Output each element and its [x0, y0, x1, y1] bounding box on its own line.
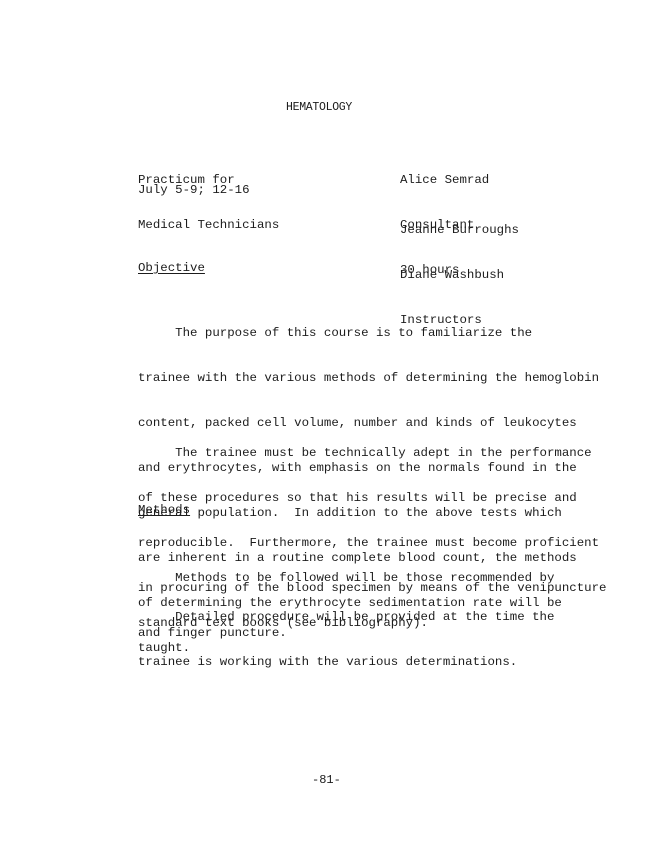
objective-heading: Objective — [138, 261, 205, 276]
consultant-name: Alice Semrad — [400, 173, 489, 188]
course-dates: July 5-9; 12-16 — [138, 183, 250, 198]
text-line: Detailed procedure will be provided at t… — [138, 610, 538, 625]
document-title: HEMATOLOGY — [286, 100, 352, 115]
text-line: The trainee must be technically adept in… — [138, 446, 538, 461]
text-line: trainee with the various methods of dete… — [138, 371, 538, 386]
course-name: Practicum for Medical Technicians — [138, 143, 279, 263]
text-line: of these procedures so that his results … — [138, 491, 538, 506]
text-line: The purpose of this course is to familia… — [138, 326, 538, 341]
instructor-name: Jeanne Burroughs — [400, 223, 519, 238]
methods-paragraph-2: Detailed procedure will be provided at t… — [138, 580, 538, 700]
text-line: trainee is working with the various dete… — [138, 655, 538, 670]
course-line: Medical Technicians — [138, 218, 279, 233]
page-number: -81- — [312, 773, 341, 788]
instructor-name: Diane Washbush — [400, 268, 519, 283]
methods-heading: Methods — [138, 503, 190, 518]
